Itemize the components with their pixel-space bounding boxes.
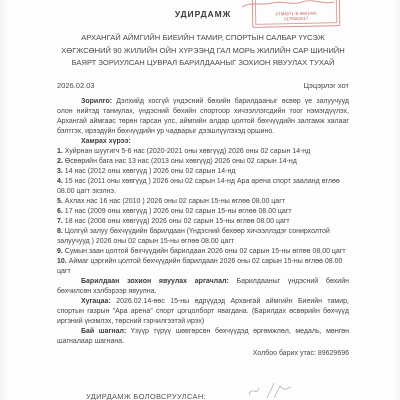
item-number: 1. — [57, 148, 63, 155]
scope-list-item: 1. Хуйрнан шуугигч 5-6 нас (2020-2021 он… — [57, 147, 349, 157]
prize-label: Бай шагнал: — [81, 328, 126, 335]
item-text: Өсвөрийн бага нас 13 нас (2013 оны хөвгү… — [65, 158, 297, 165]
scope-list-item: 10. Аймаг цэргийн цолтой бөхчүүдийн бари… — [57, 257, 349, 277]
item-text: 17 нас (2009 оны хөвгүүд ) 2026 оны 02 с… — [65, 208, 292, 215]
scanned-directive-page: ХТМ6071 ⊕ 9601445 0178062017 УДИРДАМЖ АР… — [0, 0, 400, 400]
item-text: Ахлах нас 16 нас (2010 ) 2026 оны 02 сар… — [65, 198, 285, 205]
duration-paragraph: Хугацаа: 2026.02.14-өөс 15-ны өдрүүдэд А… — [57, 297, 349, 327]
scope-list-item: 8. Цолгүй залуу бөхчүүдийн барилдаан (Үн… — [57, 227, 349, 247]
item-number: 2. — [57, 158, 63, 165]
scope-list-item: 7. 18 нас (2008 оны хөвгүүд) 2026 оны 02… — [57, 217, 349, 227]
item-number: 6. — [57, 208, 63, 215]
document-body: УДИРДАМЖ АРХАНГАЙ АЙМГИЙН БИЕИЙН ТАМИР, … — [57, 0, 349, 357]
document-subject: АРХАНГАЙ АЙМГИЙН БИЕИЙН ТАМИР, СПОРТЫН С… — [57, 32, 349, 70]
item-text: 18 нас (2008 оны хөвгүүд) 2026 оны 02 са… — [65, 218, 290, 225]
item-text: Аймаг цэргийн цолтой бөхчүүдийн барилдаа… — [57, 258, 342, 275]
scope-list-item: 2. Өсвөрийн бага нас 13 нас (2013 оны хө… — [57, 157, 349, 167]
item-number: 9. — [57, 248, 63, 255]
item-number: 3. — [57, 168, 63, 175]
item-number: 10. — [57, 258, 67, 265]
item-text: 14 нас (2012 оны хөвгүүд ) 2026 оны 02 с… — [65, 168, 236, 175]
footer-prepared-by-label: УДИРДАМЖ БОЛОВСРУУЛСАН: — [86, 392, 206, 400]
document-title: УДИРДАМЖ — [57, 9, 349, 19]
item-text: Цолгүй залуу бөхчүүдийн барилдаан (Үндэс… — [57, 228, 330, 245]
document-city: Цэцэрлэг хот — [303, 81, 349, 90]
document-date: 2026.02.03 — [57, 81, 95, 90]
item-number: 8. — [57, 228, 63, 235]
scope-list-item: 6. 17 нас (2009 оны хөвгүүд ) 2026 оны 0… — [57, 207, 349, 217]
purpose-paragraph: Зорилго: Дэлхийд хосгүй үндэсний бөхийн … — [57, 97, 349, 137]
purpose-label: Зорилго: — [81, 98, 112, 105]
scope-list: 1. Хуйрнан шуугигч 5-6 нас (2020-2021 он… — [57, 147, 349, 277]
scope-list-item: 3. 14 нас (2012 оны хөвгүүд ) 2026 оны 0… — [57, 167, 349, 177]
scope-list-item: 9. Сумын заан цолтой бөхчүүдийн барилдаа… — [57, 247, 349, 257]
contact-phone: Холбоо барих утас: 89629696 — [57, 350, 349, 357]
duration-label: Хугацаа: — [81, 298, 111, 305]
date-row: 2026.02.03 Цэцэрлэг хот — [57, 81, 349, 90]
scope-list-item: 4. 15 нас (2011 оны хөвгүүд ) 2026 оны 0… — [57, 177, 349, 197]
item-number: 4. — [57, 178, 63, 185]
method-paragraph: Барилдаан зохион явуулах аргачлал: Барил… — [57, 277, 349, 297]
item-number: 5. — [57, 198, 63, 205]
signature-mark-icon — [243, 379, 313, 400]
item-text: Хуйрнан шуугигч 5-6 нас (2020-2021 оны х… — [65, 148, 311, 155]
scope-header: Хамрах хүрээ: — [81, 137, 349, 147]
scope-list-item: 5. Ахлах нас 16 нас (2010 ) 2026 оны 02 … — [57, 197, 349, 207]
item-text: Сумын заан цолтой бөхчүүдийн барилдаан 2… — [65, 248, 346, 255]
item-number: 7. — [57, 218, 63, 225]
prize-paragraph: Бай шагнал: Үзүүр түрүү шөвгөрсөн бөхчүү… — [57, 327, 349, 347]
method-label: Барилдаан зохион явуулах аргачлал: — [81, 278, 229, 285]
item-text: 15 нас (2011 оны хөвгүүд ) 2026 оны 02 с… — [57, 178, 340, 195]
